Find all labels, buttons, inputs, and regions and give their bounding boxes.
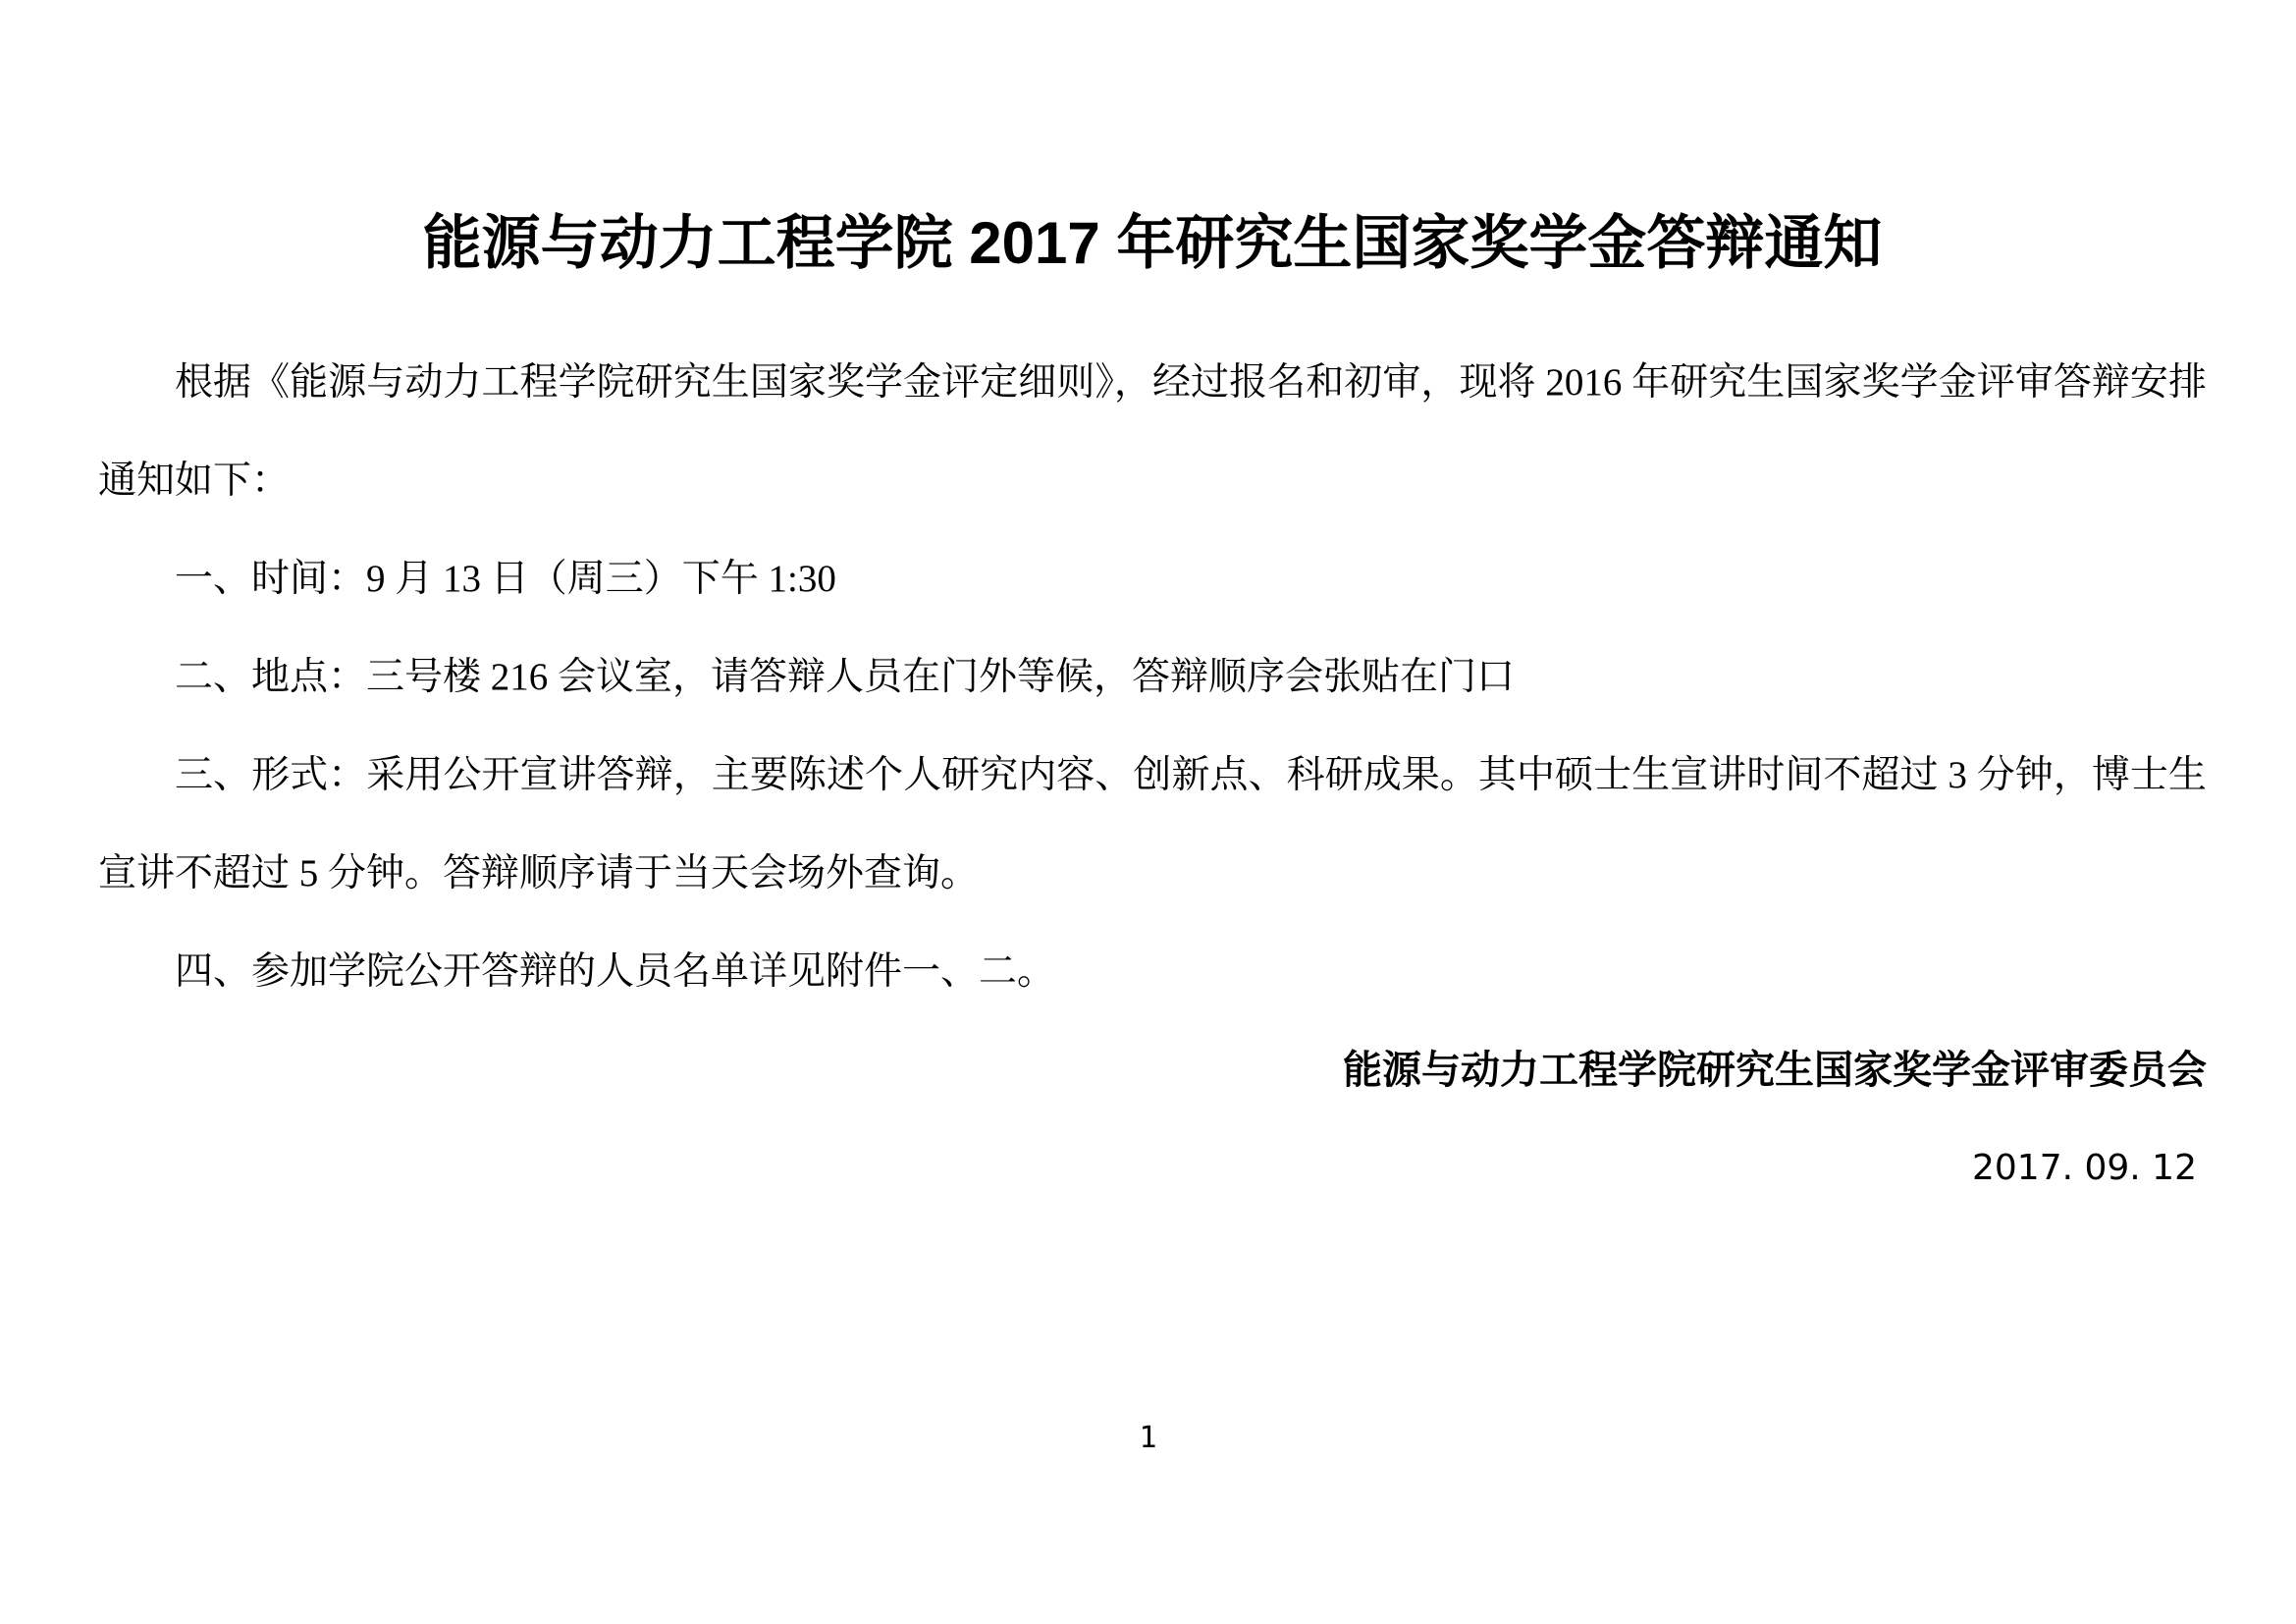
item-attachments: 四、参加学院公开答辩的人员名单详见附件一、二。 xyxy=(98,923,2207,1021)
document-page: 能源与动力工程学院 2017 年研究生国家奖学金答辩通知 根据《能源与动力工程学… xyxy=(0,0,2296,1624)
page-number: 1 xyxy=(0,1419,2296,1458)
intro-paragraph: 根据《能源与动力工程学院研究生国家奖学金评定细则》，经过报名和初审，现将 201… xyxy=(98,334,2207,530)
item-location: 二、地点：三号楼 216 会议室，请答辩人员在门外等候，答辩顺序会张贴在门口 xyxy=(98,628,2207,727)
item-format: 三、形式：采用公开宣讲答辩，主要陈述个人研究内容、创新点、科研成果。其中硕士生宣… xyxy=(98,727,2207,923)
date-line: 2017. 09. 12 xyxy=(98,1119,2207,1218)
document-title: 能源与动力工程学院 2017 年研究生国家奖学金答辩通知 xyxy=(98,194,2207,293)
document-body: 根据《能源与动力工程学院研究生国家奖学金评定细则》，经过报名和初审，现将 201… xyxy=(98,334,2207,1218)
signature-line: 能源与动力工程学院研究生国家奖学金评审委员会 xyxy=(98,1021,2207,1119)
item-time: 一、时间：9 月 13 日（周三）下午 1:30 xyxy=(98,530,2207,628)
